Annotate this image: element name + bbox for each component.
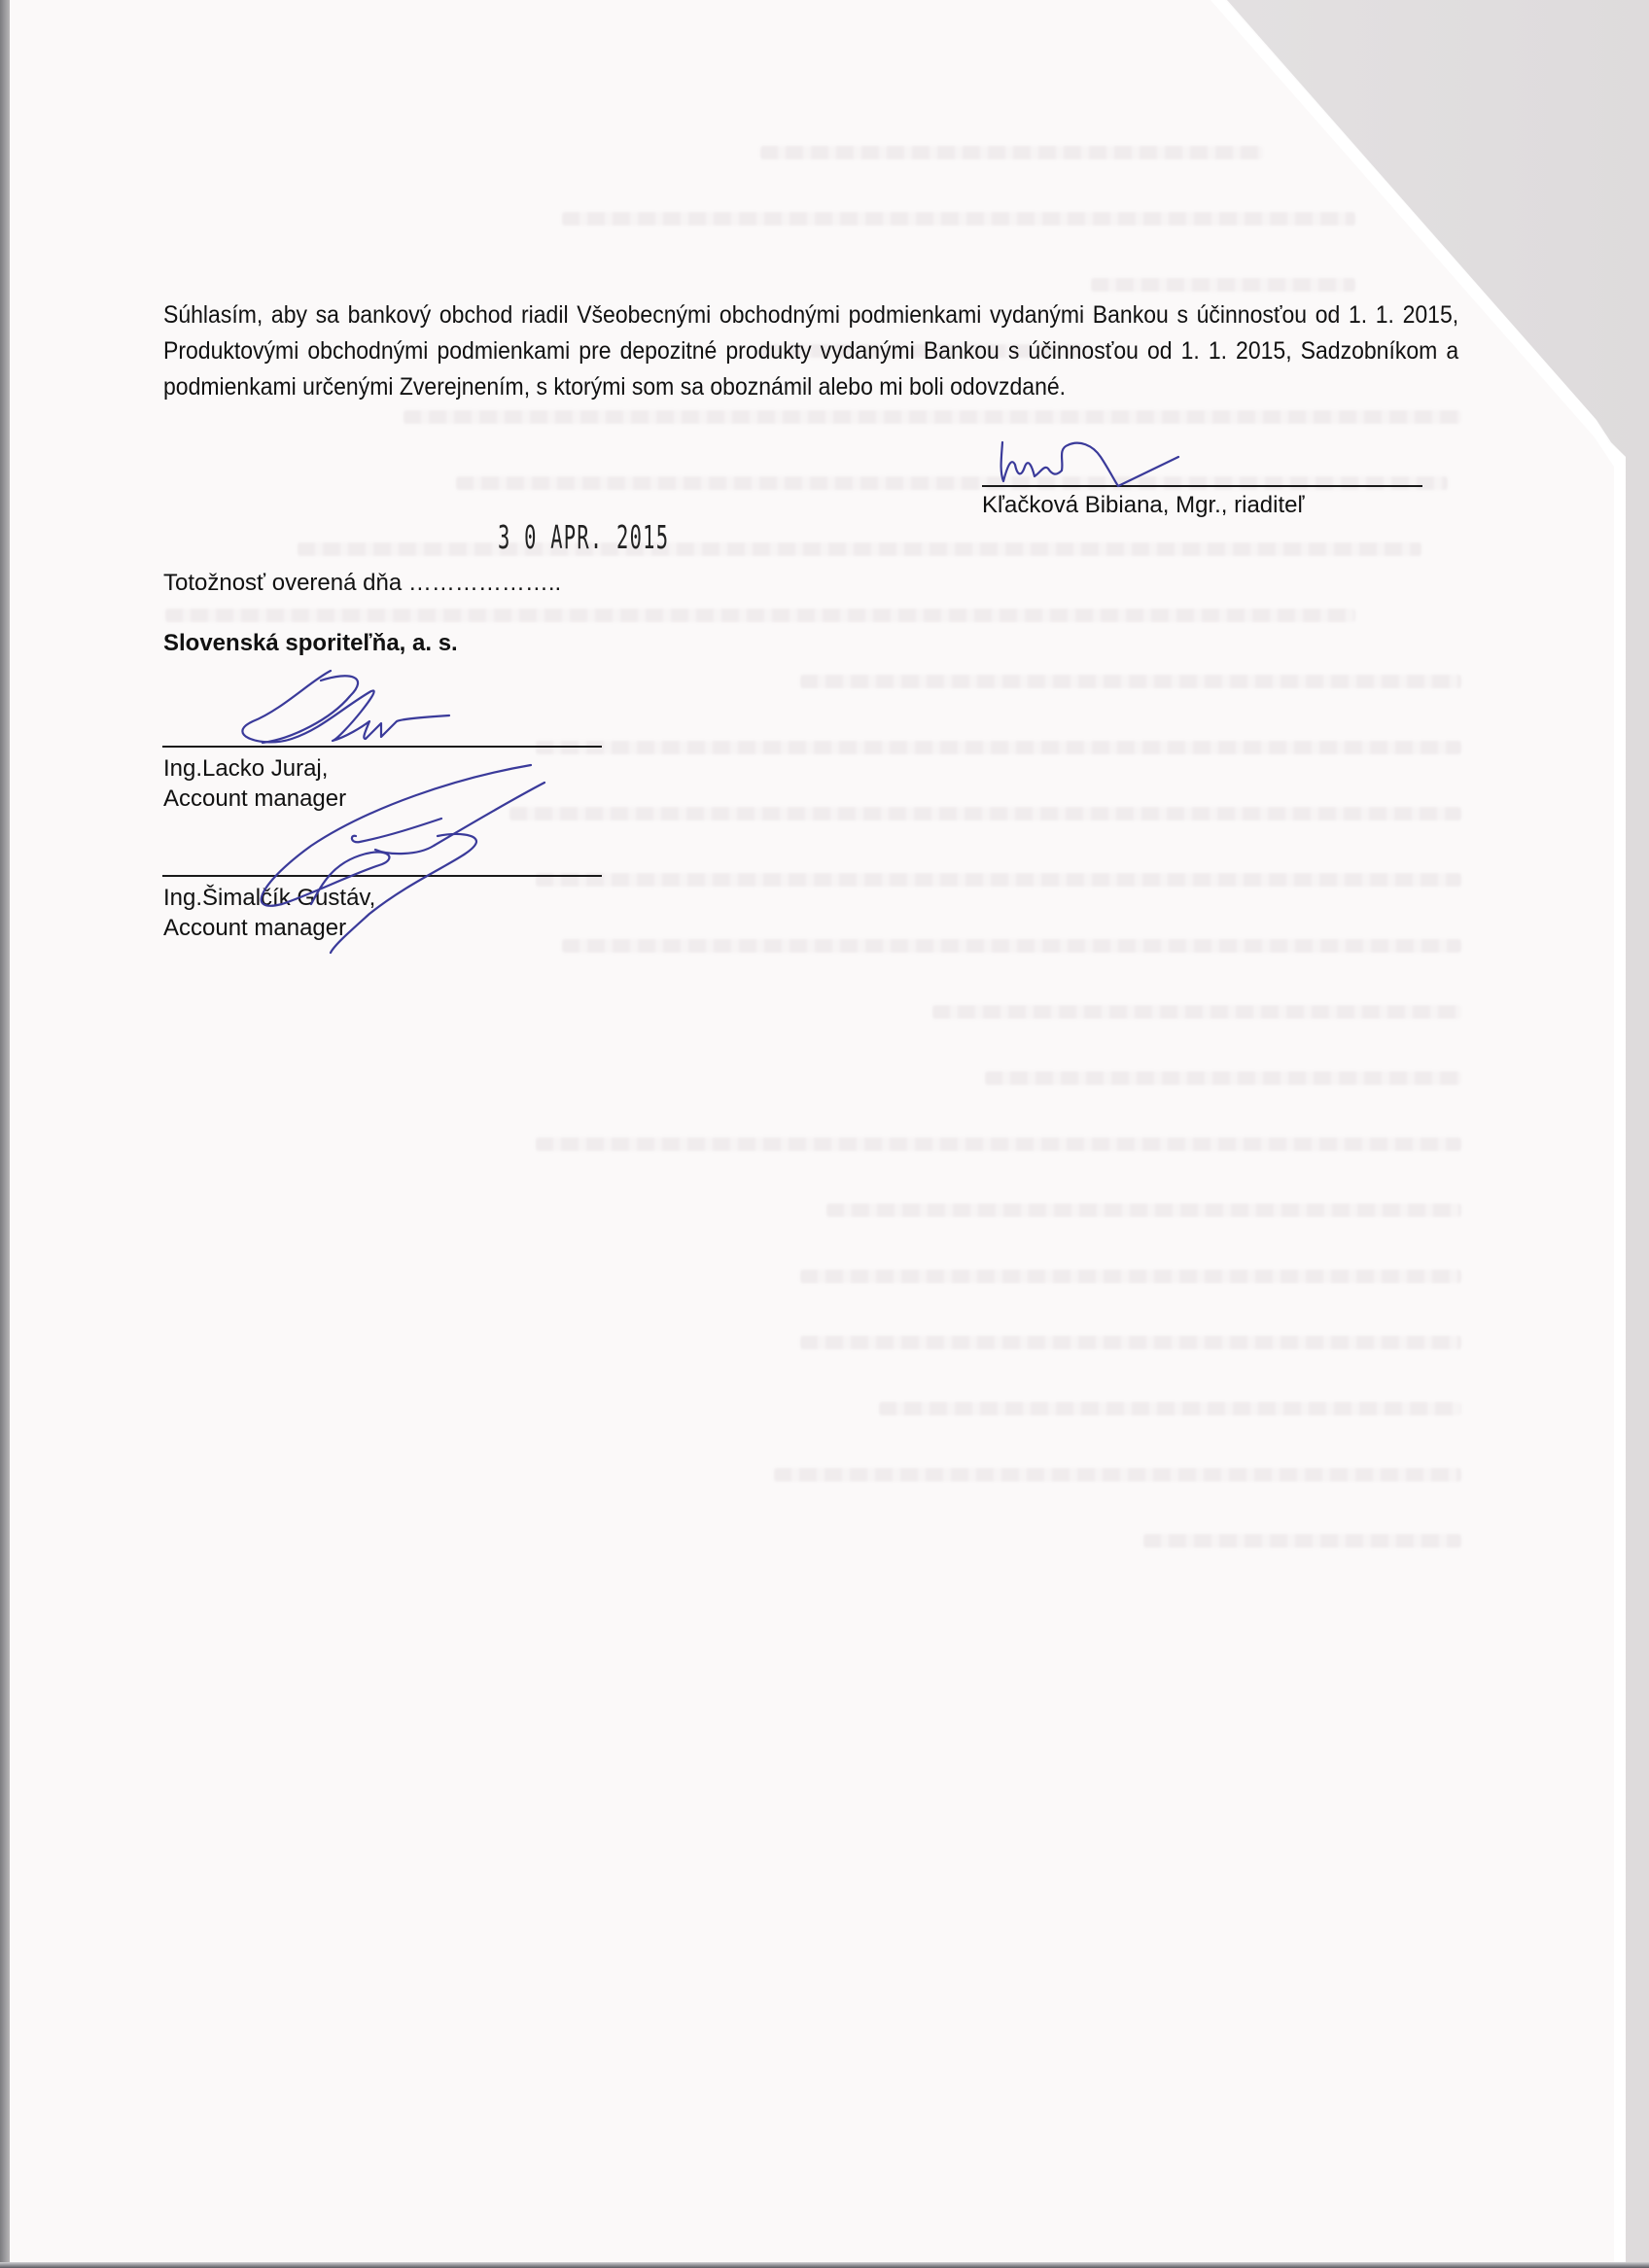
bank-signatory-2-name: Ing.Šimalčík Gustáv,	[163, 883, 375, 913]
bank-signatory-1-role: Account manager	[163, 784, 346, 814]
signature-line-1	[162, 746, 602, 748]
client-signature-line	[982, 485, 1422, 487]
scan-left-edge	[0, 0, 10, 2268]
consent-paragraph: Súhlasím, aby sa bankový obchod riadil V…	[163, 297, 1458, 405]
date-stamp: 3 0 APR. 2015	[498, 518, 669, 556]
bank-signatory-2: Ing.Šimalčík Gustáv, Account manager	[163, 883, 375, 943]
bank-name: Slovenská sporiteľňa, a. s.	[163, 630, 458, 657]
bank-signatory-2-role: Account manager	[163, 913, 375, 943]
identity-verified-label: Totožnosť overená dňa ………………..	[163, 570, 561, 597]
scan-bottom-edge	[0, 2262, 1649, 2268]
client-signatory-name: Kľačková Bibiana, Mgr., riaditeľ	[982, 492, 1305, 519]
bank-signatory-1-name: Ing.Lacko Juraj,	[163, 753, 346, 784]
signature-line-2	[162, 875, 602, 877]
bank-signatory-1: Ing.Lacko Juraj, Account manager	[163, 753, 346, 814]
